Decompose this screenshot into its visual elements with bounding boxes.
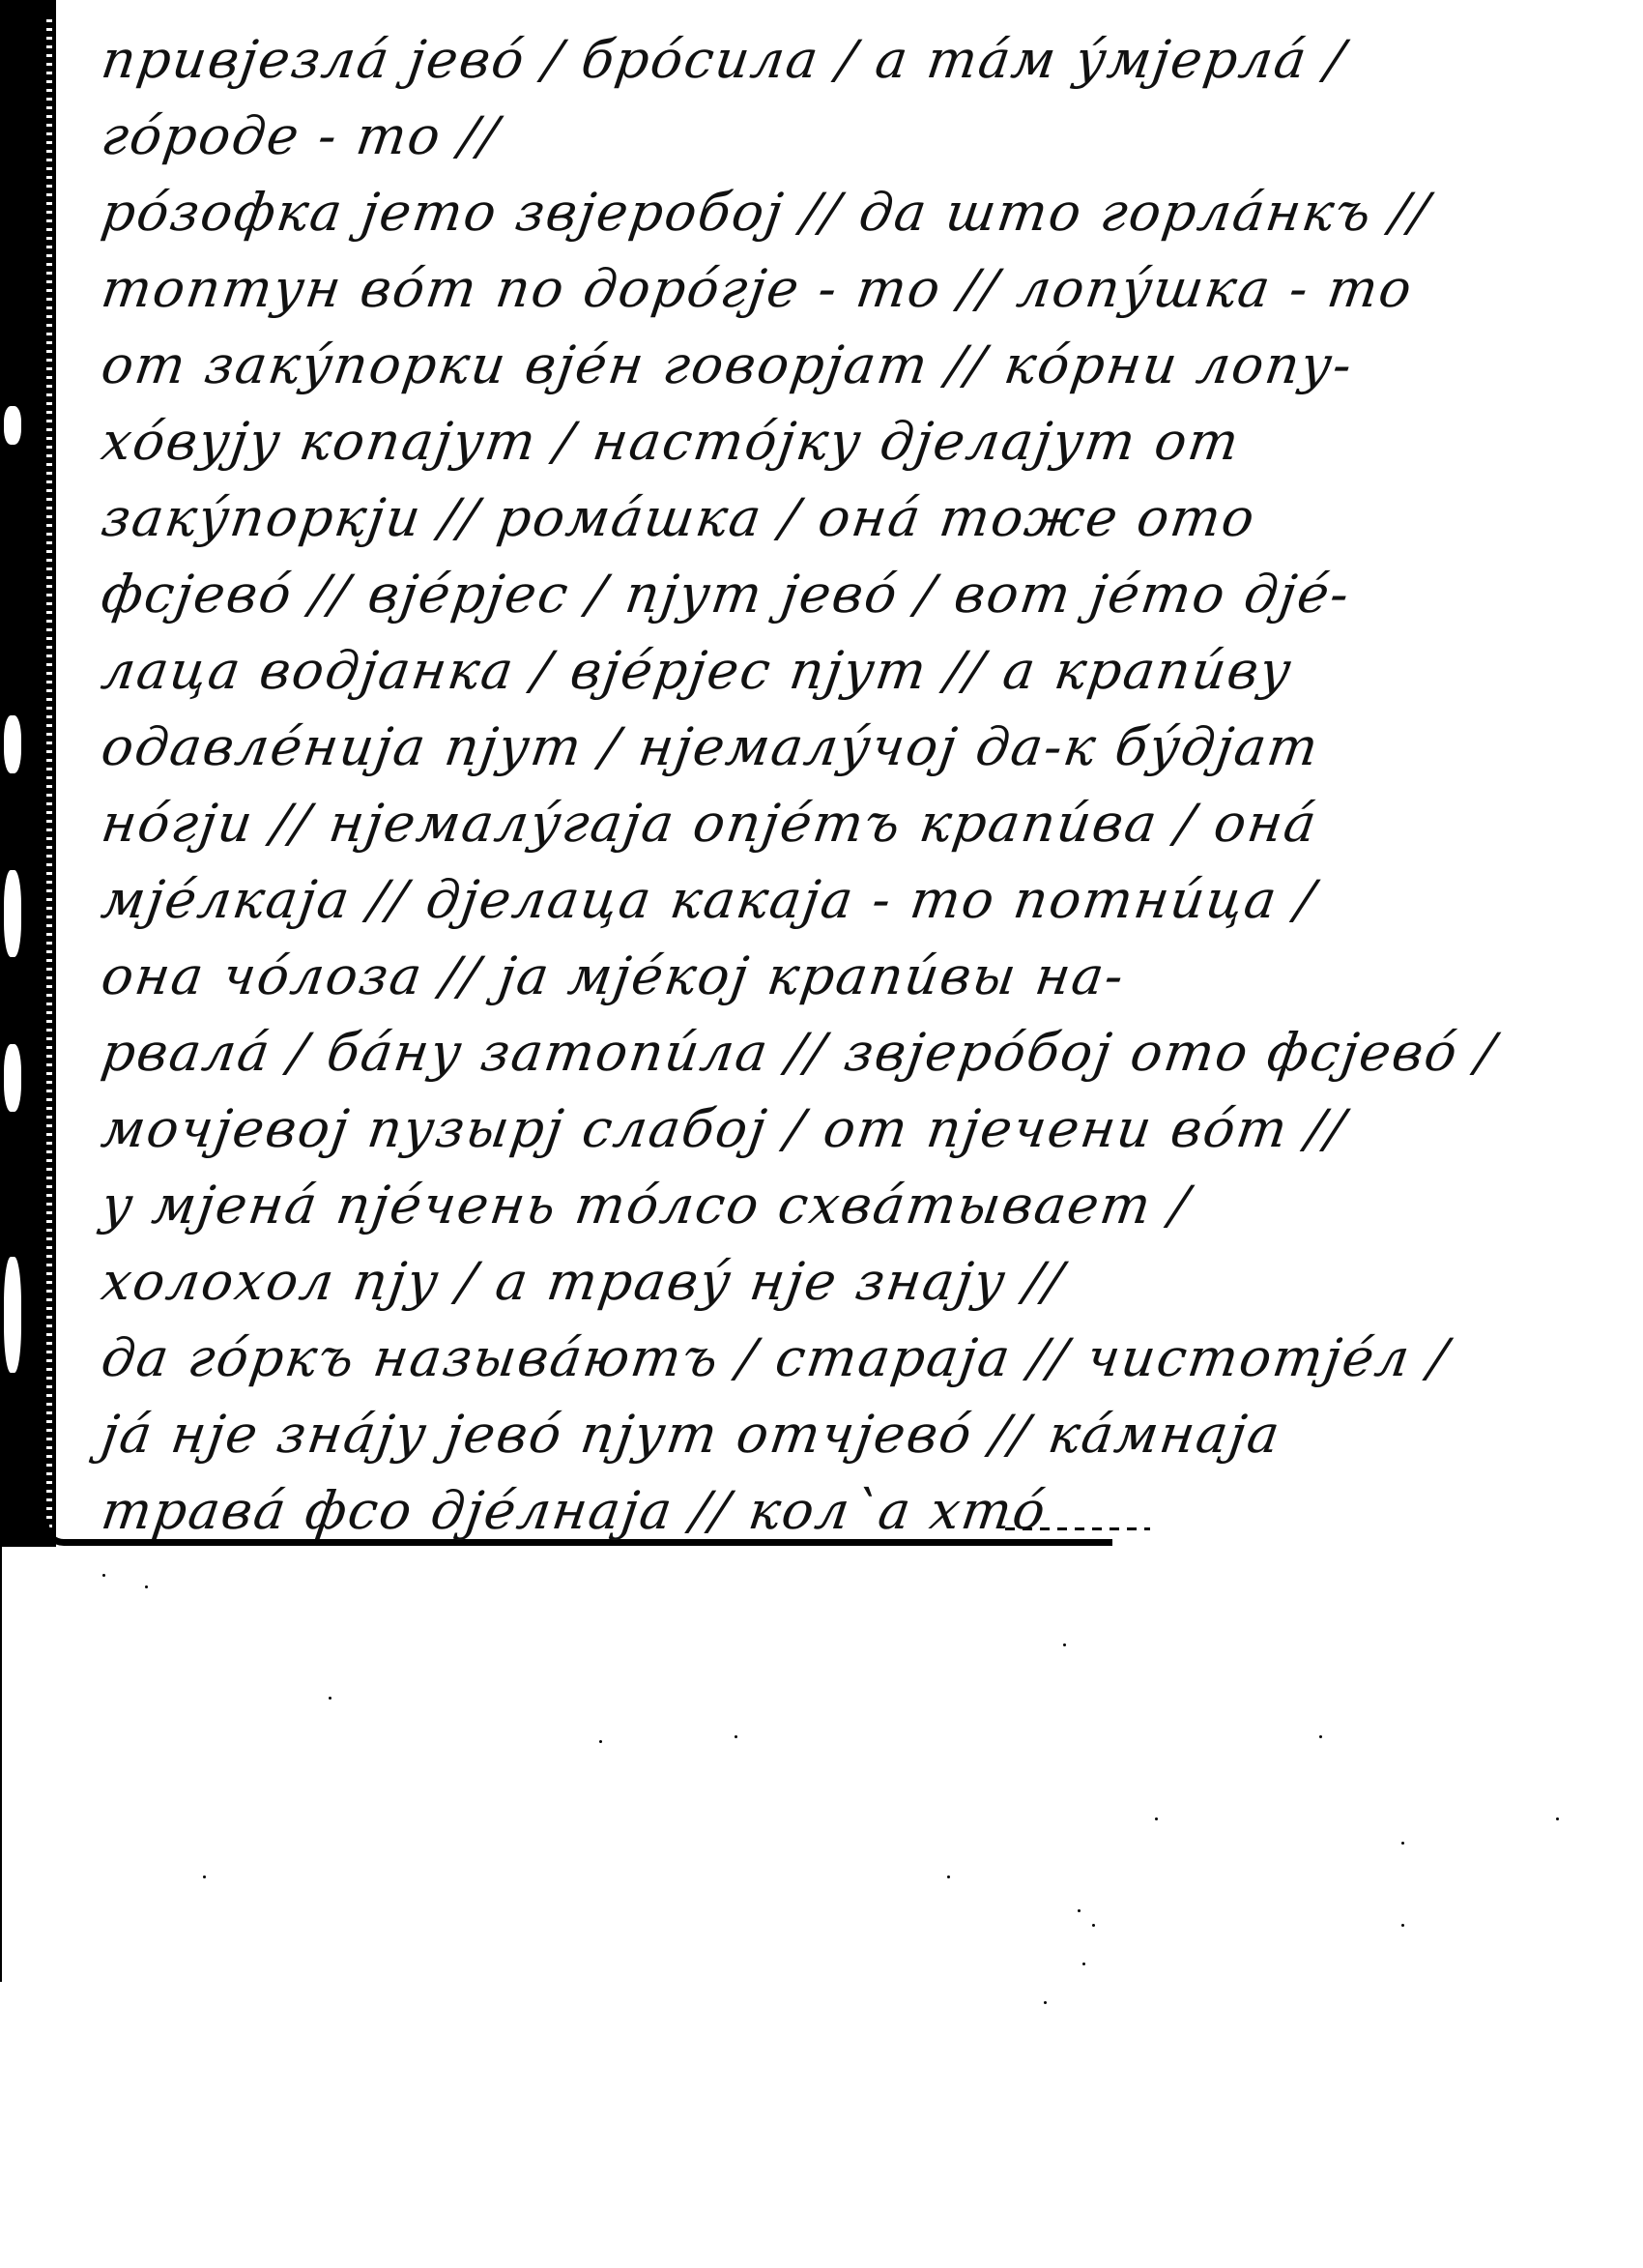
scan-speck	[1401, 1924, 1404, 1927]
binding-speckle	[4, 1044, 21, 1112]
text-line: она чо́лоза // ја мје́кој крапи́вы на-	[97, 938, 1364, 1014]
scan-speck	[1319, 1735, 1322, 1738]
scan-speck	[1556, 1817, 1559, 1820]
text-line: мочјевој пузырј слабој / от пјечени во́т…	[97, 1090, 1364, 1167]
scan-speck	[735, 1735, 737, 1738]
notebook-binding-edge	[0, 0, 56, 1547]
scan-speck	[203, 1875, 206, 1878]
text-line: лаца водјанка / вје́рјес пјут // а крапи…	[97, 632, 1364, 709]
text-line: у мјена́ пје́чень то́лсо схва́тывает /	[97, 1167, 1364, 1243]
scan-speck	[1063, 1643, 1066, 1646]
scanned-page: привјезла́ јево́ / бро́сила / а та́м у́м…	[0, 0, 1643, 2268]
binding-stitching	[46, 19, 52, 1527]
text-line: фсјево́ // вје́рјес / пјут јево́ / вот ј…	[97, 556, 1364, 632]
text-line: трава́ фсо дје́лнаја // кол`а хто́	[97, 1472, 1364, 1549]
binding-speckle	[4, 1257, 21, 1373]
text-line: привјезла́ јево́ / бро́сила / а та́м у́м…	[97, 21, 1364, 98]
binding-speckle	[4, 870, 21, 957]
text-line: заку́поркји // рома́шка / она́ тоже ото	[97, 480, 1364, 556]
scan-speck	[329, 1697, 331, 1700]
text-line: одавле́нија пјут / нјемалу́чоj да-к бу́д…	[97, 709, 1364, 785]
scan-speck	[102, 1574, 105, 1577]
text-line: топтун во́т по доро́гје - то // лопу́шка…	[97, 250, 1364, 327]
binding-speckle	[4, 406, 21, 445]
handwritten-text-block: привјезла́ јево́ / бро́сила / а та́м у́м…	[97, 21, 1353, 1549]
text-line: холохол пју / а траву́ нје знају //	[97, 1243, 1364, 1320]
scan-speck	[1092, 1924, 1095, 1927]
text-line: но́гји // нјемалу́гаја опје́тъ крапи́ва …	[97, 785, 1364, 861]
scan-speck	[145, 1585, 148, 1588]
scan-edge-line	[0, 1547, 2, 1982]
scan-speck	[1401, 1842, 1404, 1845]
text-line: да го́ркъ называ́ютъ / стараја // чистот…	[97, 1320, 1364, 1396]
text-line: от заку́порки вје́н говорјат // ко́рни л…	[97, 327, 1364, 403]
text-line: ја́ нје зна́ју јево́ пјут отчјево́ // ка…	[97, 1396, 1364, 1472]
scan-speck	[599, 1740, 602, 1743]
scan-speck	[1082, 1963, 1085, 1965]
scan-speck	[1078, 1909, 1081, 1912]
text-line: ро́зофка јето звјеробој // да што горла́…	[97, 174, 1364, 250]
text-line: хо́вују копајут / насто́јку дјелајут от	[97, 403, 1364, 480]
scan-speck	[1155, 1817, 1158, 1820]
text-line: мје́лкаја // дјелаца какаја - то потни́ц…	[97, 861, 1364, 938]
scan-speck	[947, 1875, 950, 1878]
scan-speck	[1044, 2001, 1047, 2004]
text-line: го́роде - то //	[97, 98, 1364, 174]
text-line: рвала́ / ба́ну затопи́ла // звјеро́бој о…	[97, 1014, 1364, 1090]
binding-speckle	[4, 715, 21, 773]
